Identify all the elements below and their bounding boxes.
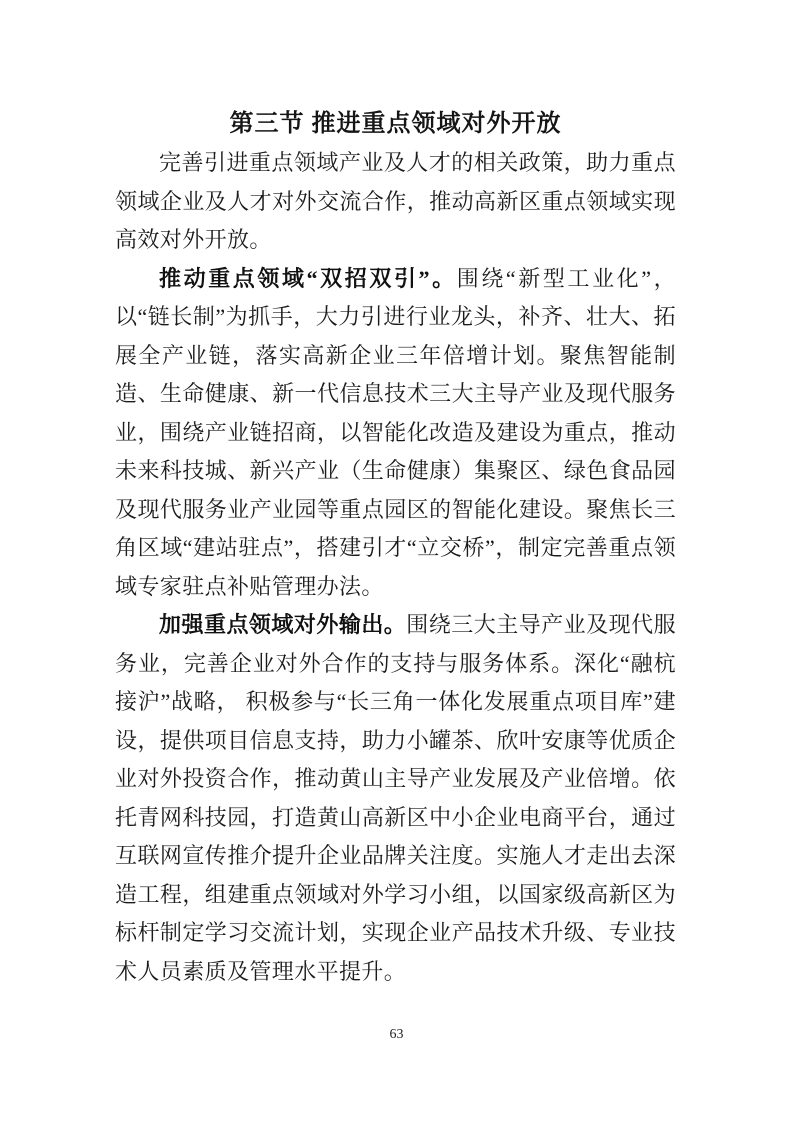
paragraph-1: 完善引进重点领域产业及人才的相关政策，助力重点领域企业及人才对外交流合作，推动高…	[115, 144, 676, 260]
paragraph-2: 推动重点领域“双招双引”。围绕“新型工业化”，以“链长制”为抓手，大力引进行业龙…	[115, 260, 676, 607]
paragraph-2-lead: 推动重点领域“双招双引”。	[159, 266, 457, 291]
document-body: 第三节 推进重点领域对外开放 完善引进重点领域产业及人才的相关政策，助力重点领域…	[115, 104, 676, 991]
paragraph-1-text: 完善引进重点领域产业及人才的相关政策，助力重点领域企业及人才对外交流合作，推动高…	[115, 150, 676, 252]
page-number: 63	[0, 1026, 793, 1044]
section-heading: 第三节 推进重点领域对外开放	[115, 104, 676, 144]
paragraph-2-text: 围绕“新型工业化”，以“链长制”为抓手，大力引进行业龙头，补齐、壮大、拓展全产业…	[115, 266, 676, 599]
paragraph-3-text: 围绕三大主导产业及现代服务业，完善企业对外合作的支持与服务体系。深化“融杭接沪”…	[115, 612, 676, 984]
paragraph-3: 加强重点领域对外输出。围绕三大主导产业及现代服务业，完善企业对外合作的支持与服务…	[115, 606, 676, 991]
document-page: 第三节 推进重点领域对外开放 完善引进重点领域产业及人才的相关政策，助力重点领域…	[0, 0, 793, 1122]
paragraph-3-lead: 加强重点领域对外输出。	[159, 612, 406, 637]
